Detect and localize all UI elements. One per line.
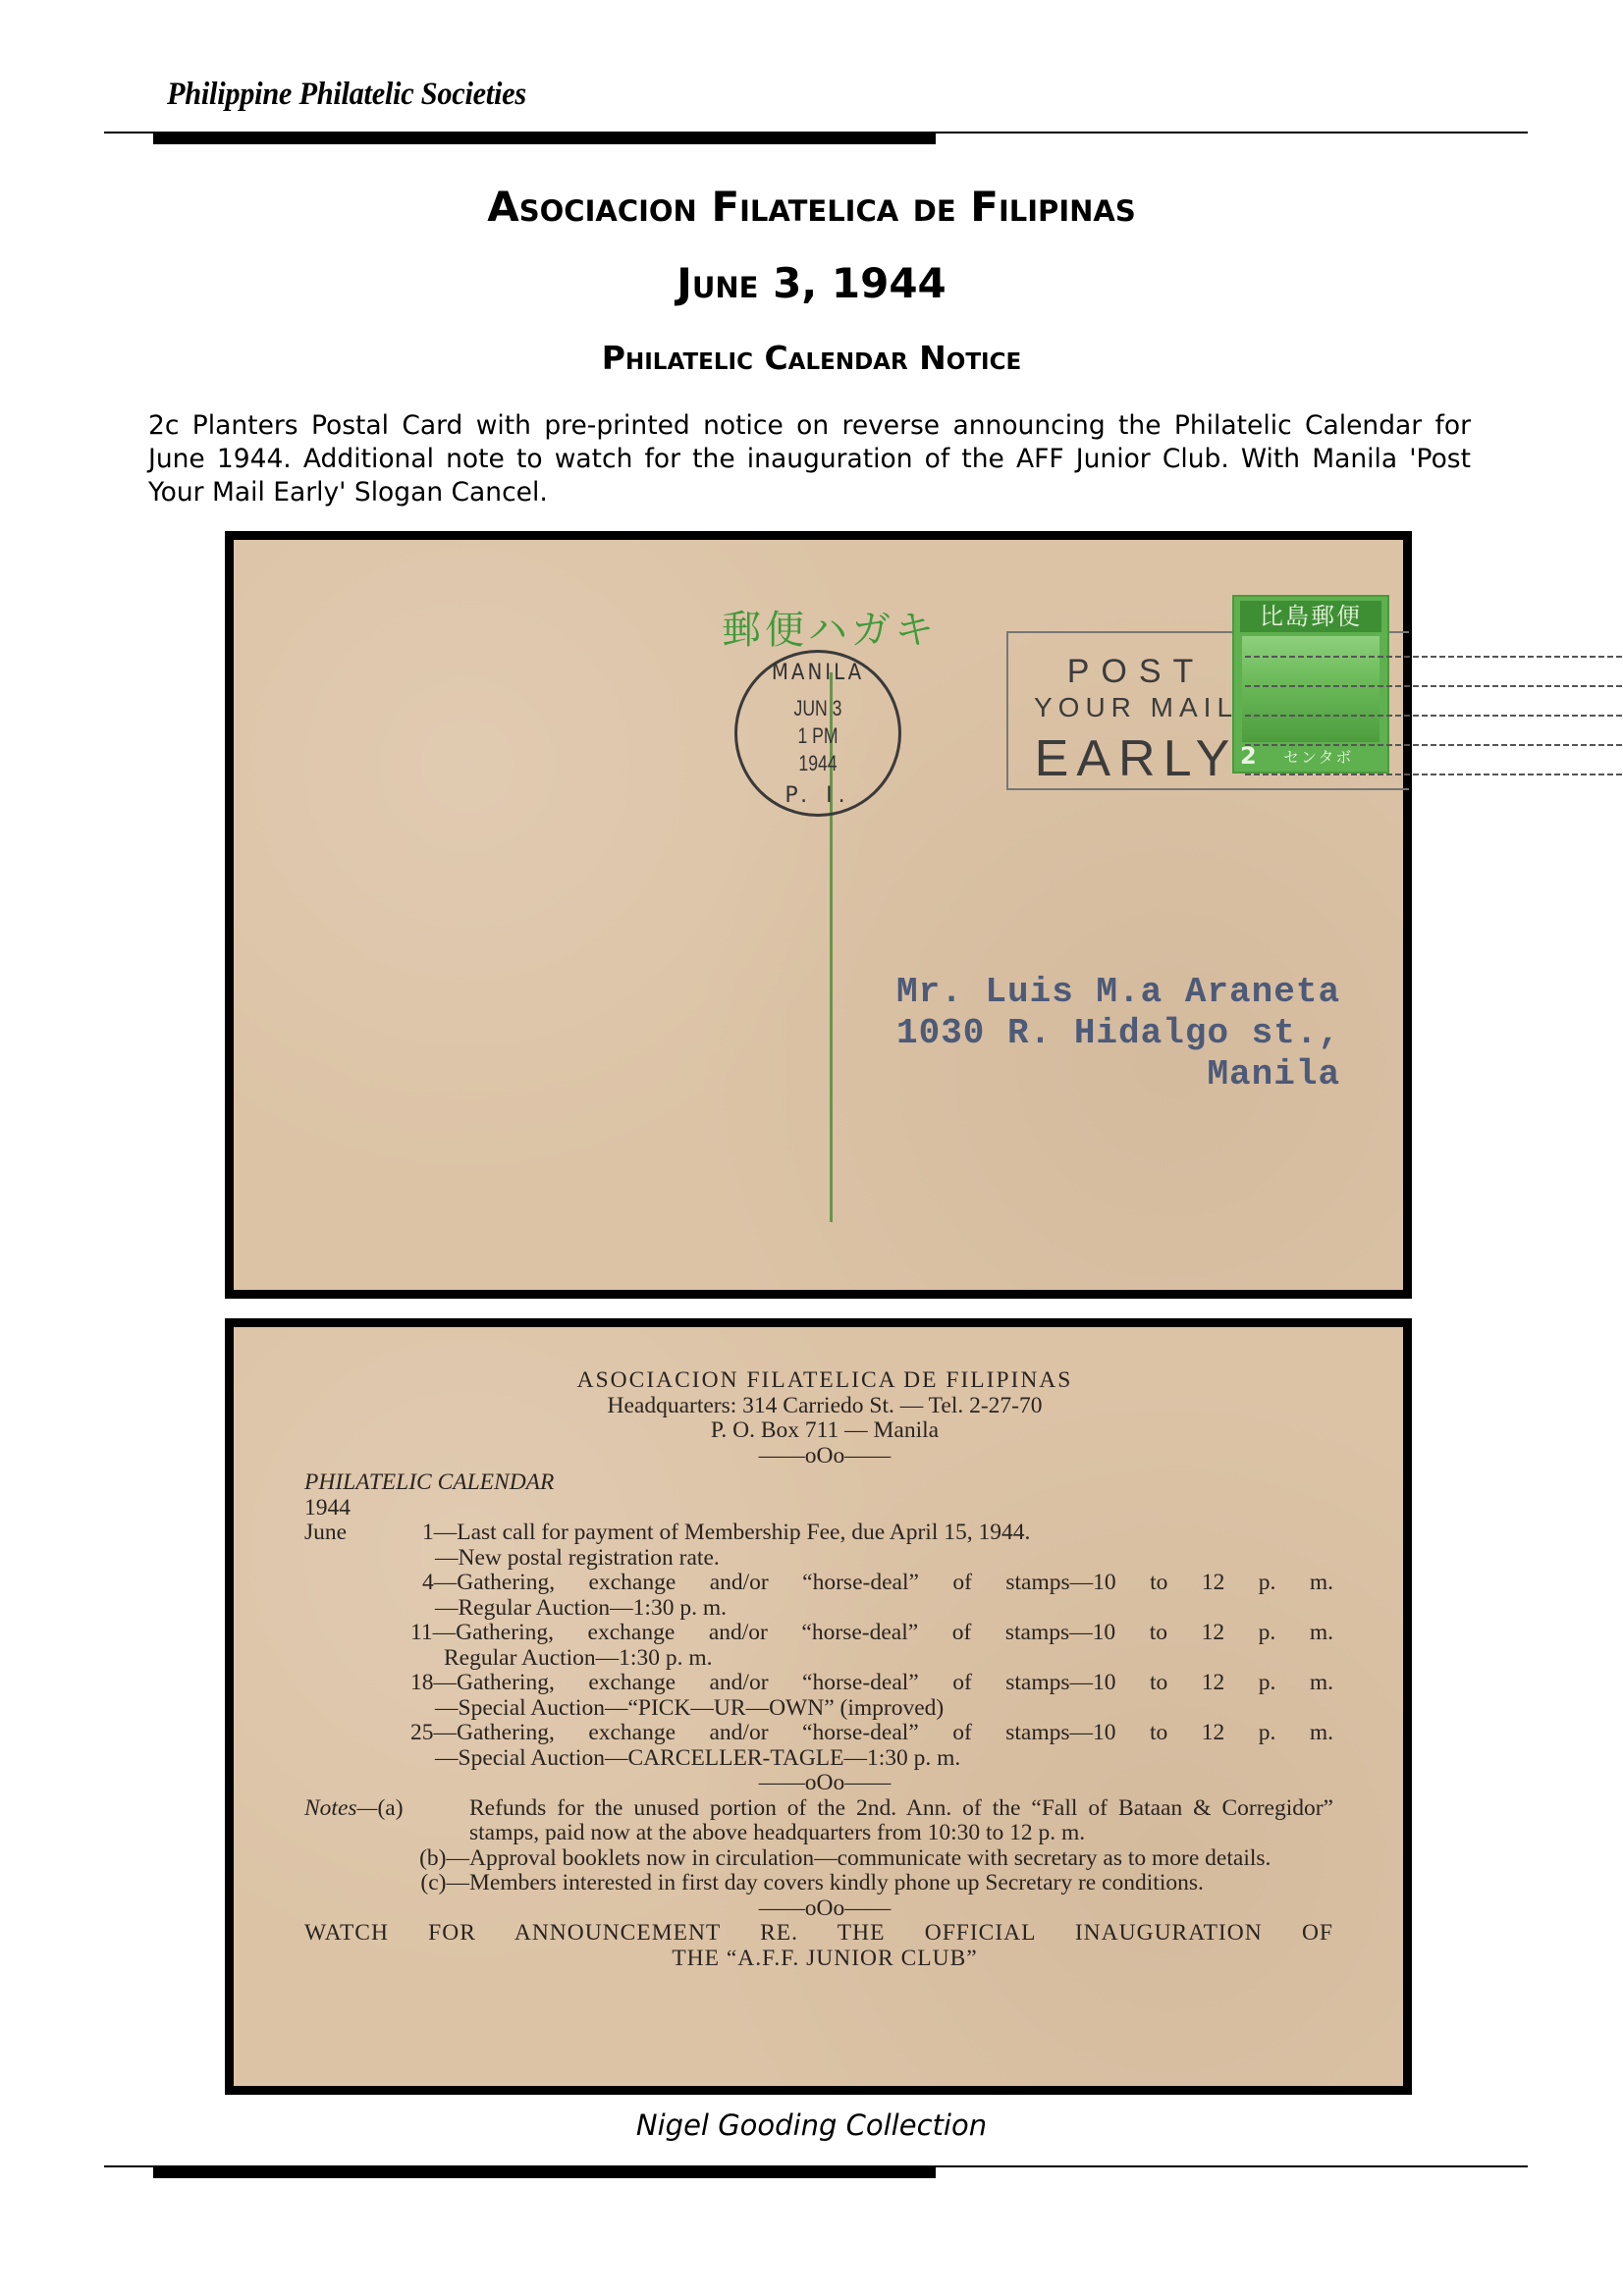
postal-card-front: 郵便ハガキ MANILA JUN 3 1 PM 1944 P. I. POST …: [225, 531, 1412, 1299]
calendar-entry: 25—Gathering, exchange and/or “horse-dea…: [304, 1721, 1345, 1746]
calendar-entry: —New postal registration rate.: [304, 1546, 1345, 1572]
calendar-entry: 4—Gathering, exchange and/or “horse-deal…: [304, 1571, 1345, 1596]
cancel-wavy-line: [1245, 744, 1623, 746]
entry-text: 4—Gathering, exchange and/or “horse-deal…: [381, 1571, 1345, 1596]
calendar-entry: June 1—Last call for payment of Membersh…: [304, 1521, 1345, 1546]
note-item: (c)— Members interested in first day cov…: [304, 1871, 1345, 1896]
postmark-year: 1944: [753, 751, 882, 776]
entry-text: —Regular Auction—1:30 p. m.: [381, 1596, 1345, 1622]
slogan-line-1: POST: [1008, 653, 1264, 691]
recipient-address: Mr. Luis M.a Araneta 1030 R. Hidalgo st.…: [896, 972, 1340, 1095]
society-title: Asociacion Filatelica de Filipinas: [0, 183, 1623, 231]
postmark-city: MANILA: [737, 661, 898, 685]
address-line: 1030 R. Hidalgo st.,: [896, 1013, 1340, 1054]
postmark-manila: MANILA JUN 3 1 PM 1944 P. I.: [734, 650, 901, 817]
note-key: (a): [377, 1795, 403, 1821]
notes-label: Notes—: [304, 1795, 377, 1821]
slogan-line-3: EARLY: [1008, 729, 1264, 788]
cancel-wavy-line: [1245, 656, 1623, 658]
note-item: (b)— Approval booklets now in circulatio…: [304, 1846, 1345, 1872]
entry-text: 11—Gathering, exchange and/or “horse-dea…: [381, 1621, 1345, 1646]
entry-text: —Special Auction—“PICK—UR—OWN” (improved…: [381, 1696, 1345, 1722]
postal-card-reverse: ASOCIACION FILATELICA DE FILIPINAS Headq…: [225, 1318, 1412, 2095]
entry-text: 25—Gathering, exchange and/or “horse-dea…: [381, 1721, 1345, 1746]
postmark-date: JUN 3: [753, 696, 882, 721]
calendar-entry: —Special Auction—CARCELLER-TAGLE—1:30 p.…: [304, 1746, 1345, 1772]
stamp-header: 比島郵便: [1240, 601, 1381, 632]
note-item: Notes—(a) Refunds for the unused portion…: [304, 1796, 1345, 1846]
calendar-month: June: [304, 1521, 381, 1546]
subject-title: Philatelic Calendar Notice: [0, 339, 1623, 377]
stamp-value-text: センタボ: [1283, 745, 1353, 768]
collection-caption: Nigel Gooding Collection: [0, 2109, 1623, 2142]
notice-divider: ——oOo——: [304, 1444, 1345, 1469]
stamp-value: 2: [1240, 742, 1257, 770]
entry-text: —New postal registration rate.: [381, 1546, 1345, 1572]
calendar-entry: Regular Auction—1:30 p. m.: [304, 1646, 1345, 1672]
note-text: Approval booklets now in circulation—com…: [469, 1846, 1345, 1872]
stamp-imprint: 比島郵便 2 センタボ: [1232, 595, 1389, 774]
header-rule-thick: [153, 133, 936, 144]
entry-text: 1—Last call for payment of Membership Fe…: [381, 1521, 1345, 1546]
slogan-line-2: YOUR MAIL: [1008, 692, 1264, 723]
notice-divider: ——oOo——: [304, 1771, 1345, 1796]
entry-text: Regular Auction—1:30 p. m.: [381, 1646, 1345, 1672]
postmark-time: 1 PM: [753, 723, 882, 749]
footer-rule-thick: [153, 2167, 936, 2178]
entry-text: 18—Gathering, exchange and/or “horse-dea…: [381, 1671, 1345, 1696]
note-key: (b)—: [419, 1845, 469, 1871]
address-line: Mr. Luis M.a Araneta: [896, 972, 1340, 1013]
calendar-title: PHILATELIC CALENDAR: [304, 1470, 1345, 1496]
cancel-wavy-line: [1245, 774, 1623, 775]
notice-divider: ——oOo——: [304, 1896, 1345, 1922]
cancel-wavy-line: [1245, 685, 1623, 687]
cancel-wavy-line: [1245, 715, 1623, 717]
printed-notice: ASOCIACION FILATELICA DE FILIPINAS Headq…: [304, 1368, 1345, 1971]
date-title: June 3, 1944: [0, 259, 1623, 307]
description-paragraph: 2c Planters Postal Card with pre-printed…: [148, 409, 1471, 509]
calendar-entry: —Regular Auction—1:30 p. m.: [304, 1596, 1345, 1622]
planter-image-icon: [1242, 636, 1380, 742]
calendar-entry: 11—Gathering, exchange and/or “horse-dea…: [304, 1621, 1345, 1646]
entry-text: —Special Auction—CARCELLER-TAGLE—1:30 p.…: [381, 1746, 1345, 1772]
note-text: Refunds for the unused portion of the 2n…: [469, 1796, 1345, 1846]
note-key: (c)—: [420, 1870, 469, 1896]
card-label-japanese: 郵便ハガキ: [722, 599, 938, 655]
notice-po-box: P. O. Box 711 — Manila: [304, 1418, 1345, 1444]
calendar-entry: 18—Gathering, exchange and/or “horse-dea…: [304, 1671, 1345, 1696]
postmark-region: P. I.: [737, 783, 898, 808]
notice-org-name: ASOCIACION FILATELICA DE FILIPINAS: [304, 1368, 1345, 1394]
calendar-entry: —Special Auction—“PICK—UR—OWN” (improved…: [304, 1696, 1345, 1722]
announcement-line-1: WATCH FOR ANNOUNCEMENT RE. THE OFFICIAL …: [304, 1921, 1345, 1947]
publication-title: Philippine Philatelic Societies: [167, 77, 526, 113]
calendar-year: 1944: [304, 1496, 1345, 1522]
announcement-line-2: THE “A.F.F. JUNIOR CLUB”: [304, 1947, 1345, 1972]
notice-headquarters: Headquarters: 314 Carriedo St. — Tel. 2-…: [304, 1394, 1345, 1419]
address-line: Manila: [896, 1054, 1340, 1095]
note-text: Members interested in first day covers k…: [469, 1871, 1345, 1896]
